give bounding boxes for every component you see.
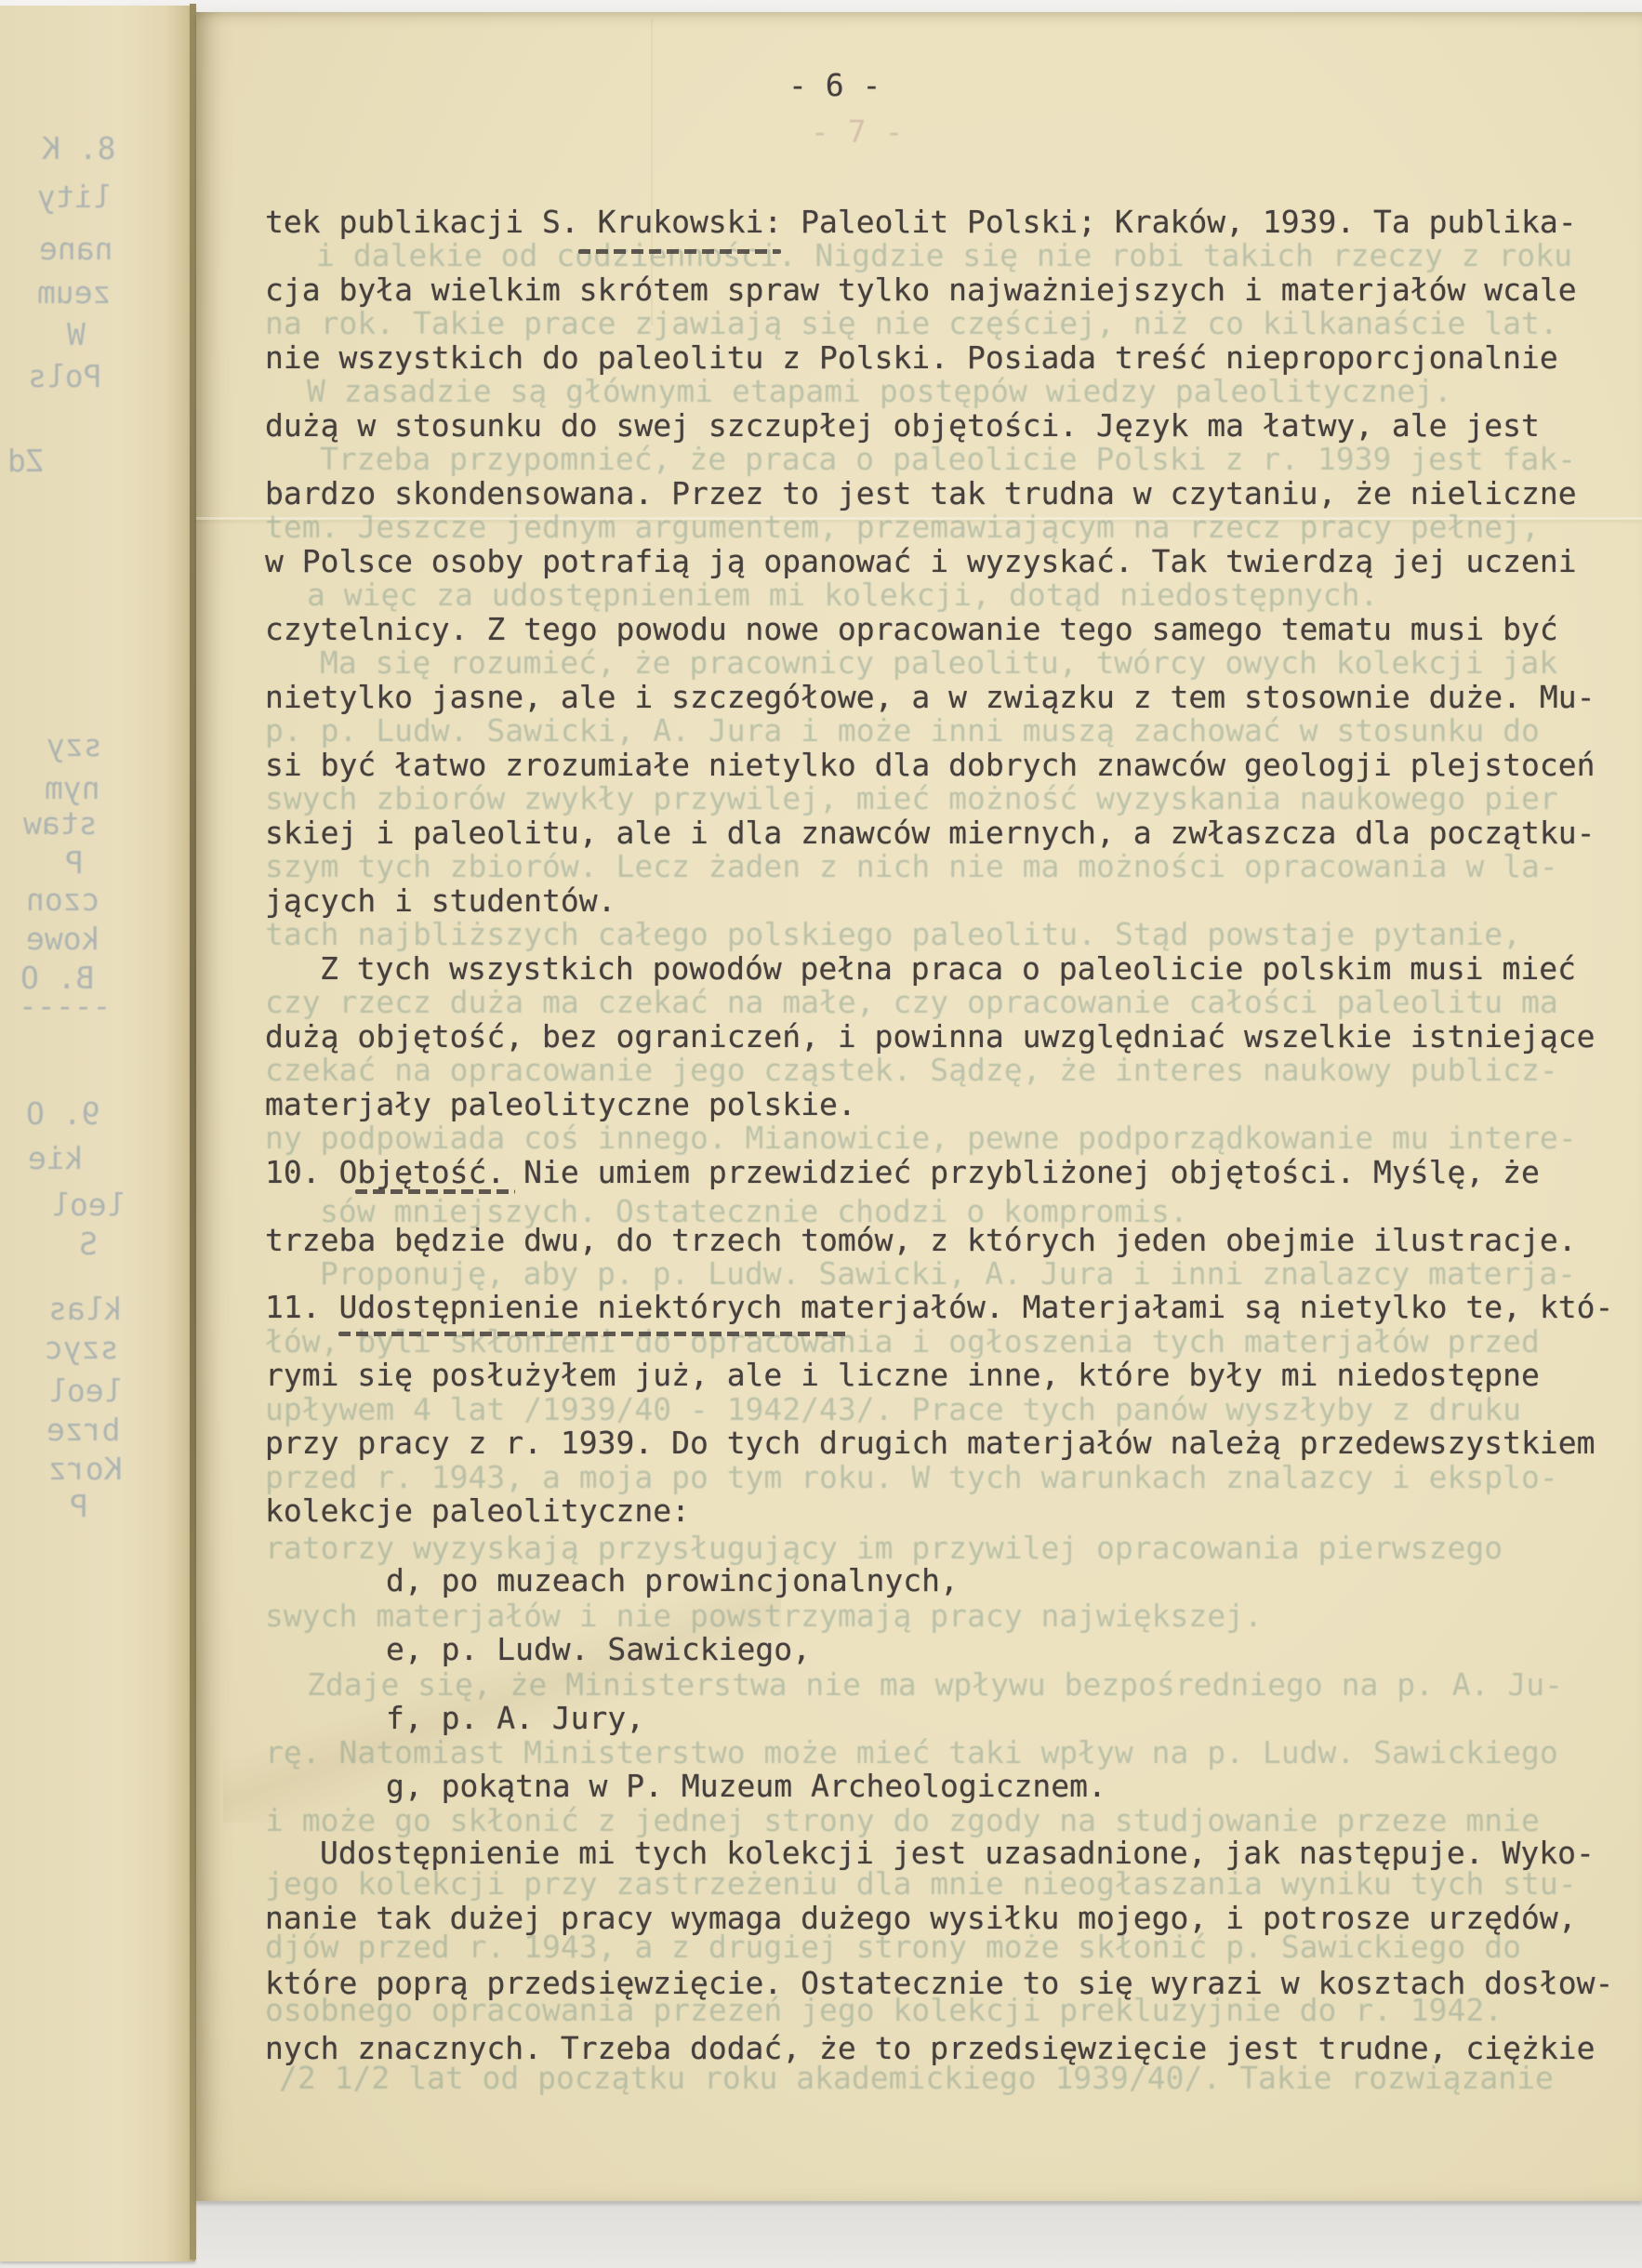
typed-text-line: skiej i paleolitu, ale i dla znawców mie… xyxy=(265,815,1595,852)
ghost-text-line: czekać na opracowanie jego cząstek. Sądz… xyxy=(265,1052,1558,1089)
ghost-text-line: Zdaje się, że Ministerstwa nie ma wpływu… xyxy=(307,1666,1563,1704)
mirrored-text-fragment: 8. K xyxy=(42,130,115,167)
ghost-page-number: - 7 - xyxy=(811,113,903,150)
ghost-text-line: rę. Natomiast Ministerstwo może mieć tak… xyxy=(265,1734,1558,1771)
typed-text-line: tek publikacji S. Krukowski: Paleolit Po… xyxy=(265,204,1577,241)
ghost-text-line: swych zbiorów zwykły przywilej, mieć moż… xyxy=(265,780,1558,817)
ghost-text-line: a więc za udostępnieniem mi kolekcji, do… xyxy=(307,577,1378,614)
ghost-text-line: tem. Jeszcze jednym argumentem, przemawi… xyxy=(265,509,1540,546)
ghost-text-line: szym tych zbiorów. Lecz żaden z nich nie… xyxy=(265,848,1558,885)
typed-text-line: Udostępnienie mi tych kolekcji jest uzas… xyxy=(320,1835,1595,1872)
mirrored-text-fragment: szyc xyxy=(45,1330,118,1367)
typed-text-line: materjały paleolityczne polskie. xyxy=(265,1086,856,1123)
ghost-text-line: i dalekie od codzienności. Nigdzie się n… xyxy=(316,237,1572,274)
mirrored-text-fragment: zeum xyxy=(37,274,111,312)
typed-text-line: Z tych wszystkich powodów pełna praca o … xyxy=(320,950,1576,988)
typed-text-line: e, p. Ludw. Sawickiego, xyxy=(386,1631,811,1668)
ghost-text-line: Trzeba przypomnieć, że praca o paleolici… xyxy=(320,441,1576,478)
scanned-document-page: - 6 - - 7 - i dalekie od codzienności. N… xyxy=(0,0,1642,2268)
mirrored-text-fragment: czon xyxy=(26,882,99,919)
mirrored-text-fragment: lity xyxy=(37,179,111,216)
typed-text-line: czytelnicy. Z tego powodu nowe opracowan… xyxy=(265,611,1558,648)
ghost-text-line: Ma się rozumieć, że pracownicy paleolitu… xyxy=(320,644,1557,682)
mirrored-text-fragment: kowe xyxy=(26,921,99,958)
mirrored-text-fragment: leol xyxy=(51,1187,125,1224)
mirrored-text-fragment: leol xyxy=(48,1373,122,1410)
ghost-text-line: Proponuję, aby p. p. Ludw. Sawicki, A. J… xyxy=(320,1255,1576,1293)
mirrored-text-fragment: W xyxy=(67,316,86,353)
mirrored-text-fragment: P xyxy=(65,844,84,882)
typed-text-line: rymi się posłużyłem już, ale i liczne in… xyxy=(265,1357,1540,1394)
typed-text-line: nych znacznych. Trzeba dodać, że to prze… xyxy=(265,2030,1595,2067)
mirrored-text-fragment: staw xyxy=(23,805,97,842)
ghost-text-line: p. p. Ludw. Sawicki, A. Jura i może inni… xyxy=(265,712,1540,749)
typed-text-line: trzeba będzie dwu, do trzech tomów, z kt… xyxy=(265,1222,1577,1259)
typed-dash-underline xyxy=(578,249,781,254)
ghost-text-line: na rok. Takie prace zjawiają się nie czę… xyxy=(265,305,1558,342)
typed-text-line: bardzo skondensowana. Przez to jest tak … xyxy=(265,475,1577,512)
mirrored-text-fragment: Korz xyxy=(48,1451,122,1488)
typed-text-line: d, po muzeach prowincjonalnych, xyxy=(386,1562,959,1599)
mirrored-text-fragment: klas xyxy=(48,1291,122,1328)
typed-text-line: dużą w stosunku do swej szczupłej objęto… xyxy=(265,407,1540,444)
page-number: - 6 - xyxy=(788,67,881,103)
typed-text-line: nietylko jasne, ale i szczegółowe, a w z… xyxy=(265,679,1595,716)
ghost-text-line: swych materjałów i nie powstrzymają prac… xyxy=(265,1598,1263,1635)
mirrored-text-fragment: Zd xyxy=(7,443,45,480)
typed-text-line: f, p. A. Jury, xyxy=(386,1700,644,1737)
typed-text-line: si być łatwo zrozumiałe nietylko dla dob… xyxy=(265,747,1595,784)
typed-text-line: 11. Udostępnienie niektórych materjałów.… xyxy=(265,1289,1613,1326)
ghost-text-line: tach najbliższych całego polskiego paleo… xyxy=(265,916,1521,953)
mirrored-text-fragment: S xyxy=(79,1226,98,1263)
typed-text-line: kolekcje paleolityczne: xyxy=(265,1492,690,1530)
typed-dash-underline xyxy=(338,1332,848,1336)
mirrored-text-fragment: szy xyxy=(46,727,102,764)
typed-text-line: nie wszystkich do paleolitu z Polski. Po… xyxy=(265,339,1558,377)
typed-text-line: g, pokątna w P. Muzeum Archeologicznem. xyxy=(386,1768,1106,1805)
mirrored-text-fragment: P xyxy=(70,1488,88,1525)
ghost-text-line: upływem 4 lat /1939/40 - 1942/43/. Prace… xyxy=(265,1391,1521,1428)
ghost-text-line: ratorzy wyzyskają przysługujący im przyw… xyxy=(265,1530,1503,1567)
typed-text-line: dużą objętość, bez ograniczeń, i powinna… xyxy=(265,1018,1595,1055)
mirrored-text-fragment: ----- xyxy=(19,988,111,1025)
mirrored-text-fragment: nane xyxy=(39,231,113,268)
ghost-text-line: przed r. 1943, a moja po tym roku. W tyc… xyxy=(265,1459,1558,1496)
typed-text-line: 10. Objętość. Nie umiem przewidzieć przy… xyxy=(265,1154,1540,1191)
typed-text-line: nanie tak dużej pracy wymaga dużego wysi… xyxy=(265,1900,1577,1937)
typed-text-line: cja była wielkim skrótem spraw tylko naj… xyxy=(265,272,1577,309)
page-gutter-fold xyxy=(190,4,196,2260)
mirrored-text-fragment: Pols xyxy=(28,358,101,395)
typed-text-line: jących i studentów. xyxy=(265,882,616,920)
mirrored-text-fragment: brze xyxy=(46,1412,120,1449)
ghost-text-line: ny podpowiada coś innego. Mianowicie, pe… xyxy=(265,1120,1577,1157)
ghost-text-line: i może go skłonić z jednej strony do zgo… xyxy=(265,1802,1540,1839)
typed-text-line: w Polsce osoby potrafią ją opanować i wy… xyxy=(265,543,1577,580)
mirrored-text-fragment: nym xyxy=(45,770,100,807)
mirrored-text-fragment: 9. O xyxy=(26,1095,99,1133)
typed-dash-underline xyxy=(355,1189,515,1194)
ghost-text-line: czy rzecz duża ma czekać na małe, czy op… xyxy=(265,984,1558,1021)
typed-text-line: które poprą przedsięwzięcie. Ostatecznie… xyxy=(265,1965,1613,2002)
mirrored-text-fragment: kie xyxy=(28,1140,84,1177)
ghost-text-line: W zasadzie są głównymi etapami postępów … xyxy=(307,373,1452,410)
previous-page-sheet xyxy=(0,6,195,2261)
typed-text-line: przy pracy z r. 1939. Do tych drugich ma… xyxy=(265,1425,1595,1462)
ghost-text-line: łów, byli skłonieni do opracowania i ogł… xyxy=(265,1323,1540,1360)
